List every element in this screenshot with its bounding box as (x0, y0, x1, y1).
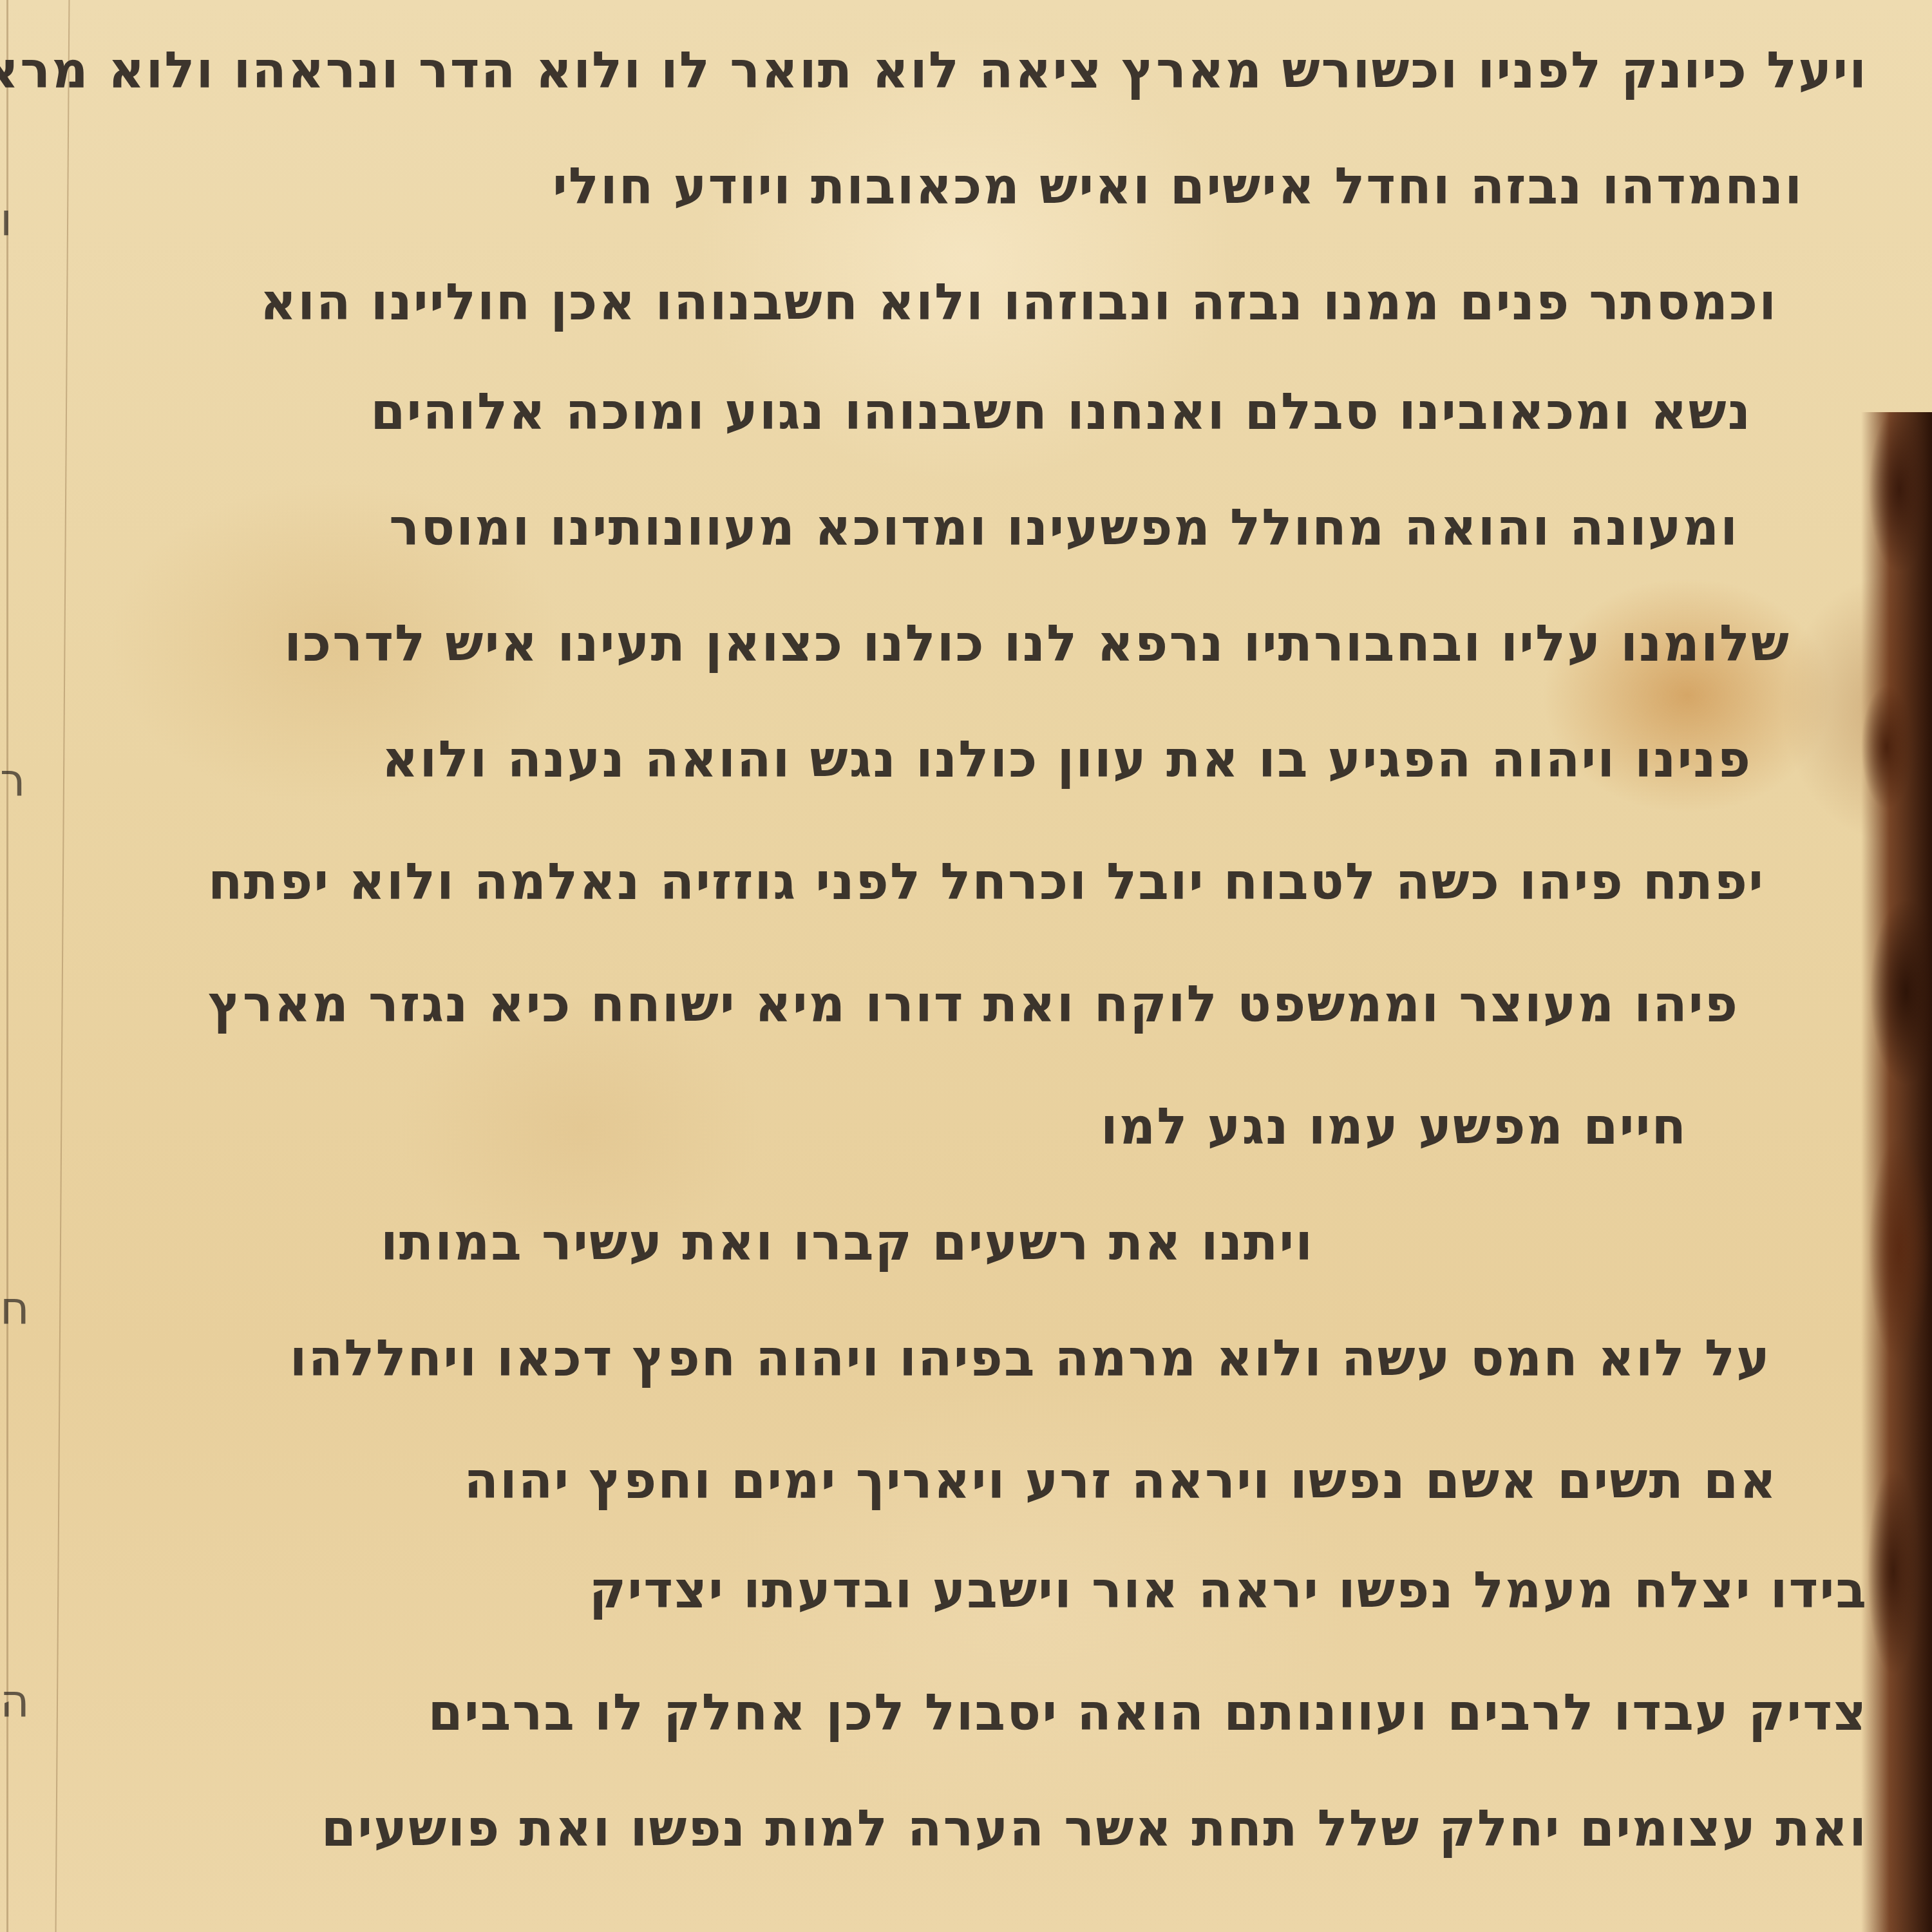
previous-column-fragments: ו ר ח ה (0, 0, 26, 1932)
text-line-16: ואת עצומים יחלק שלל תחת אשר הערה למות נפ… (321, 1797, 1868, 1861)
text-line-7: פנינו ויהוה הפגיע בו את עוון כולנו נגש ו… (382, 728, 1752, 792)
text-line-2: ונחמדהו נבזה וחדל אישים ואיש מכאובות ויו… (553, 155, 1803, 219)
text-line-3: וכמסתר פנים ממנו נבזה ונבוזהו ולוא חשבנו… (260, 270, 1777, 335)
text-line-12: על לוא חמס עשה ולוא מרמה בפיהו ויהוה חפץ… (290, 1327, 1771, 1391)
text-line-15: צדיק עבדו לרבים ועוונותם הואה יסבול לכן … (428, 1681, 1868, 1745)
text-line-10: חיים מפשע עמו נגע למו (1101, 1095, 1687, 1159)
margin-letter: ה (0, 1674, 30, 1727)
margin-letter: ר (0, 753, 26, 806)
margin-letter: ו (0, 193, 12, 246)
text-line-14: בידו יצלח מעמל נפשו יראה אור וישבע ובדעת… (589, 1558, 1868, 1623)
text-line-8: יפתח פיהו כשה לטבוח יובל וכרחל לפני גוזז… (208, 850, 1765, 914)
sheet-seam (55, 0, 70, 1932)
text-line-5: ומעונה והואה מחולל מפשעינו ומדוכא מעוונו… (389, 496, 1739, 560)
text-line-9: פיהו מעוצר וממשפט לוקח ואת דורו מיא ישוח… (208, 972, 1739, 1037)
parchment-scroll: ויעל כיונק לפניו וכשורש מארץ ציאה לוא תו… (0, 0, 1932, 1932)
text-line-6: שלומנו עליו ובחבורתיו נרפא לנו כולנו כצו… (284, 612, 1790, 676)
text-line-1: ויעל כיונק לפניו וכשורש מארץ ציאה לוא תו… (0, 39, 1868, 103)
damaged-right-edge (1861, 412, 1932, 1932)
text-line-4: נשא ומכאובינו סבלם ואנחנו חשבנוהו נגוע ו… (370, 380, 1752, 444)
text-line-13: אם תשים אשם נפשו ויראה זרע ויאריך ימים ו… (464, 1449, 1777, 1513)
margin-letter: ח (0, 1282, 30, 1334)
text-line-11: ויתנו את רשעים קברו ואת עשיר במותו (381, 1211, 1314, 1275)
